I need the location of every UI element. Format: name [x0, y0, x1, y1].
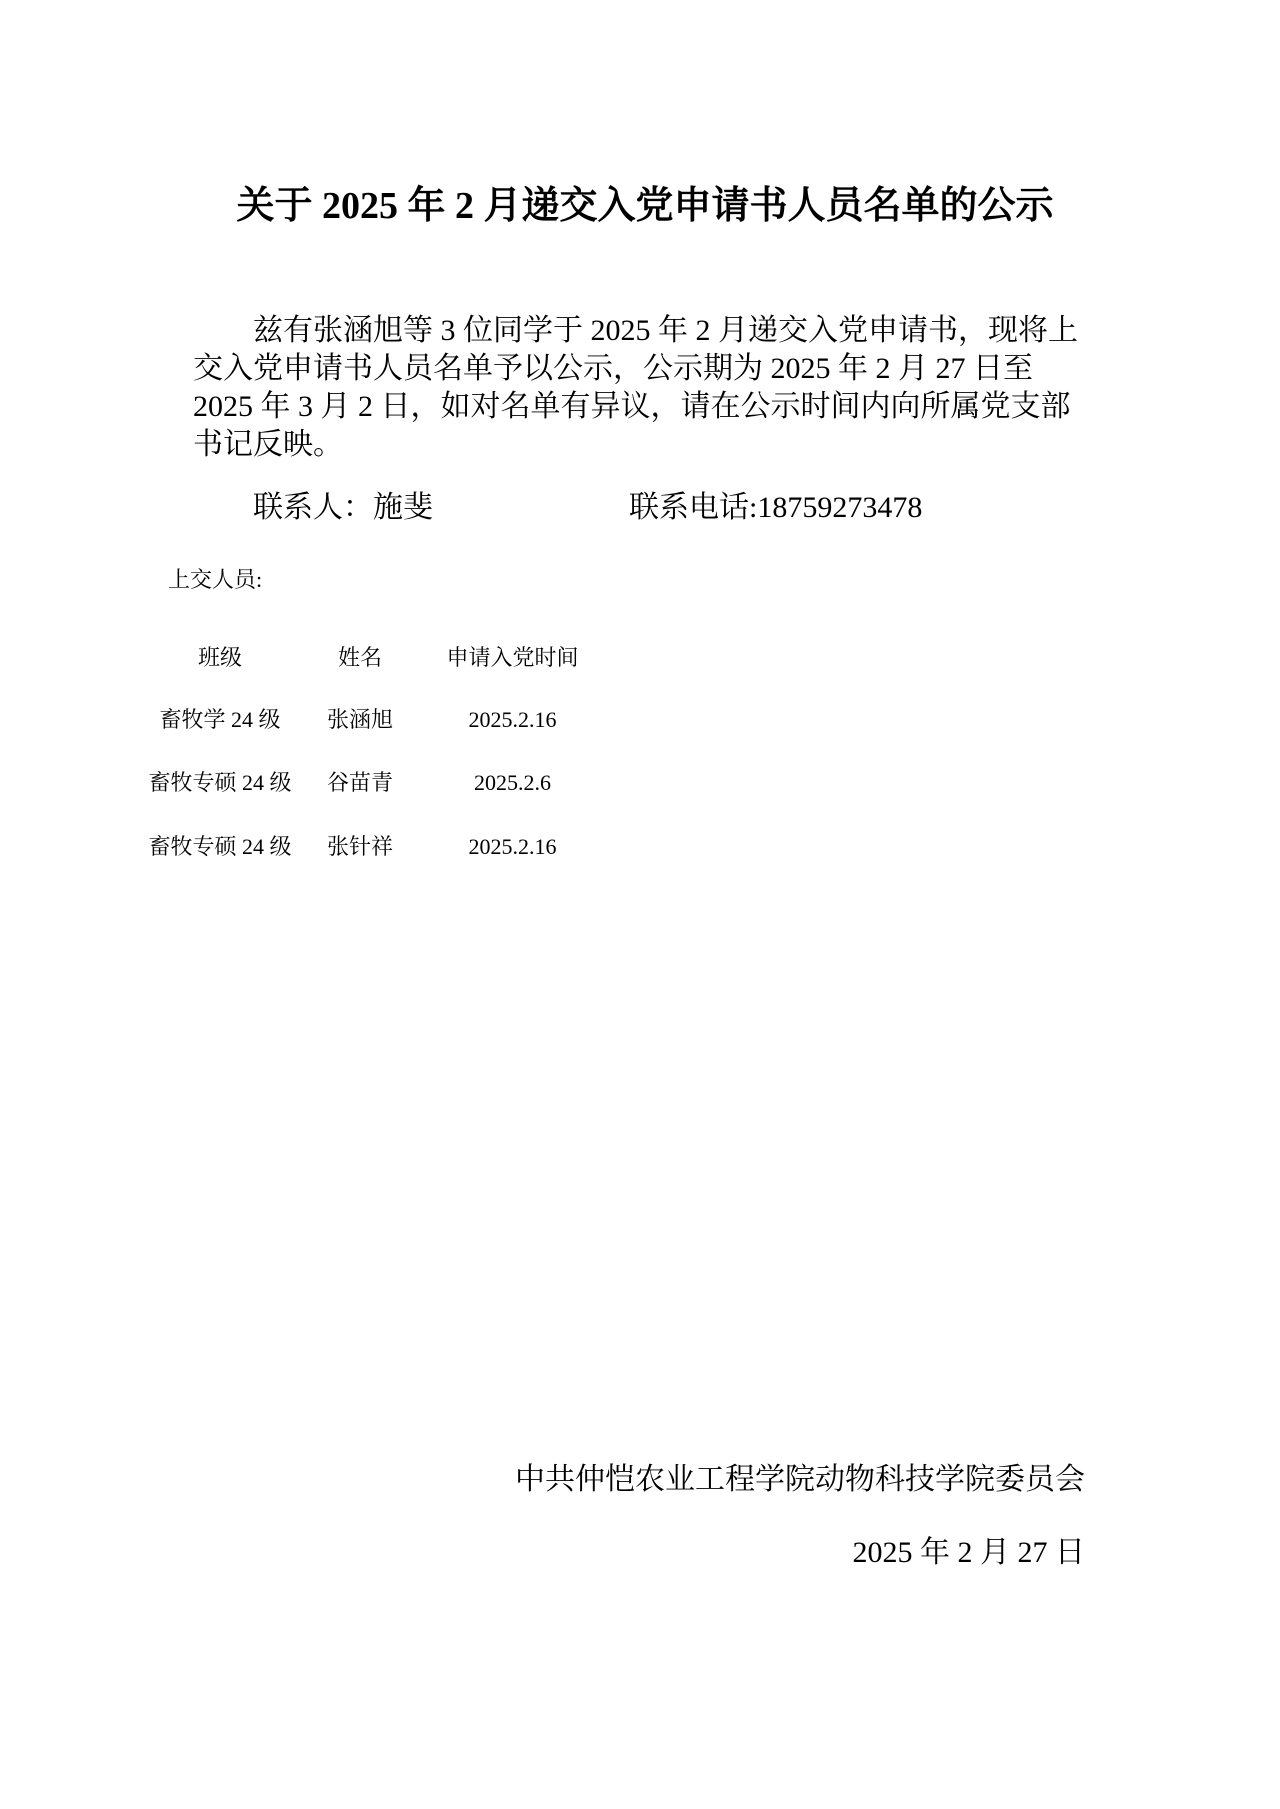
contact-phone: 联系电话:18759273478 — [629, 486, 922, 530]
contact-phone-number: 18759273478 — [757, 491, 922, 524]
members-section-label: 上交人员: — [168, 566, 262, 594]
document-title: 关于 2025 年 2 月递交入党申请书人员名单的公示 — [190, 184, 1100, 230]
paragraph-line: 书记反映。 — [193, 426, 1113, 464]
signature-organization: 中共仲恺农业工程学院动物科技学院委员会 — [515, 1463, 1085, 1496]
paragraph-line: 2025 年 3 月 2 日，如对名单有异议，请在公示时间内向所属党支部 — [193, 388, 1113, 426]
signature-date: 2025 年 2 月 27 日 — [0, 1533, 1085, 1573]
contact-person-name: 施斐 — [373, 491, 433, 524]
contact-row: 联系人：施斐 联系电话:18759273478 — [0, 486, 1280, 530]
signature-block: 中共仲恺农业工程学院动物科技学院委员会 — [0, 1460, 1085, 1500]
table-row: 畜牧专硕 24 级 张针祥 2025.2.16 — [0, 832, 1280, 862]
body-paragraph: 兹有张涵旭等 3 位同学于 2025 年 2 月递交入党申请书，现将上 交入党申… — [193, 312, 1113, 464]
contact-phone-label: 联系电话: — [629, 491, 757, 524]
paragraph-line: 交入党申请书人员名单予以公示，公示期为 2025 年 2 月 27 日至 — [193, 350, 1113, 388]
cell-apply-date: 2025.2.16 — [415, 832, 610, 862]
contact-person-label: 联系人： — [253, 491, 373, 524]
header-cell-apply-date: 申请入党时间 — [415, 643, 610, 673]
table-row: 畜牧专硕 24 级 谷苗青 2025.2.6 — [0, 768, 1280, 798]
document-page: 关于 2025 年 2 月递交入党申请书人员名单的公示 兹有张涵旭等 3 位同学… — [0, 0, 1280, 1809]
cell-apply-date: 2025.2.16 — [415, 705, 610, 735]
table-header-row: 班级 姓名 申请入党时间 — [0, 643, 1280, 673]
paragraph-line: 兹有张涵旭等 3 位同学于 2025 年 2 月递交入党申请书，现将上 — [193, 312, 1113, 350]
contact-person: 联系人：施斐 — [253, 486, 433, 530]
cell-apply-date: 2025.2.6 — [415, 768, 610, 798]
table-row: 畜牧学 24 级 张涵旭 2025.2.16 — [0, 705, 1280, 735]
